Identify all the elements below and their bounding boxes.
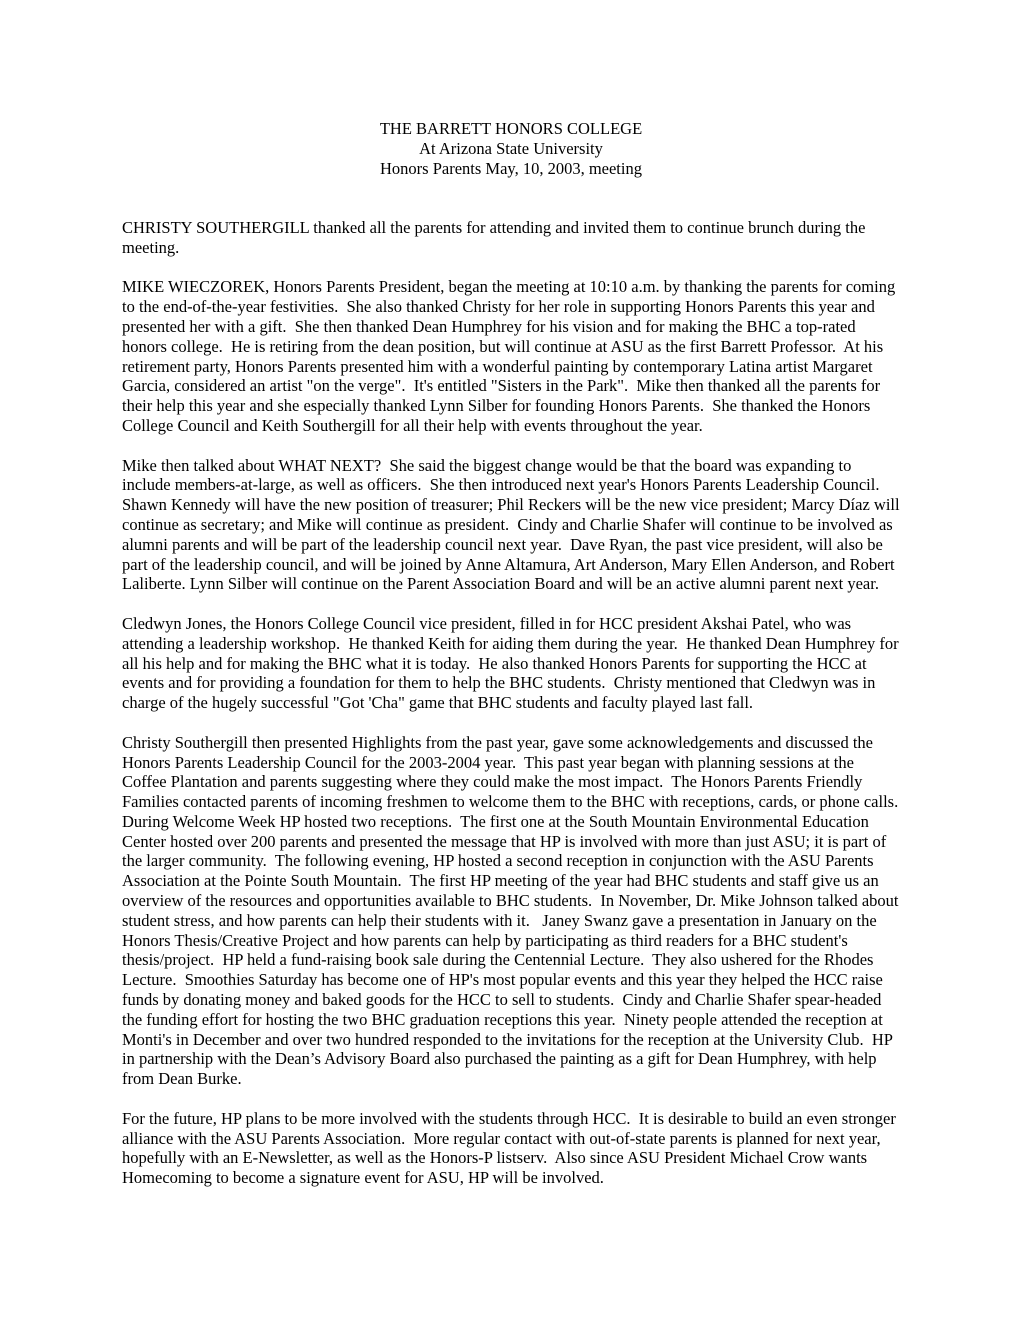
document-title-line-3: Honors Parents May, 10, 2003, meeting bbox=[122, 159, 900, 179]
paragraph-mike-wieczorek: MIKE WIECZOREK, Honors Parents President… bbox=[122, 277, 900, 435]
paragraph-what-next: Mike then talked about WHAT NEXT? She sa… bbox=[122, 456, 900, 595]
document-title-block: THE BARRETT HONORS COLLEGE At Arizona St… bbox=[122, 119, 900, 178]
document-page: THE BARRETT HONORS COLLEGE At Arizona St… bbox=[0, 0, 1020, 1320]
paragraph-highlights: Christy Southergill then presented Highl… bbox=[122, 733, 900, 1089]
paragraph-cledwyn-jones: Cledwyn Jones, the Honors College Counci… bbox=[122, 614, 900, 713]
document-title-line-1: THE BARRETT HONORS COLLEGE bbox=[122, 119, 900, 139]
paragraph-christy-welcome: CHRISTY SOUTHERGILL thanked all the pare… bbox=[122, 218, 900, 258]
paragraph-future-plans: For the future, HP plans to be more invo… bbox=[122, 1109, 900, 1188]
document-title-line-2: At Arizona State University bbox=[122, 139, 900, 159]
